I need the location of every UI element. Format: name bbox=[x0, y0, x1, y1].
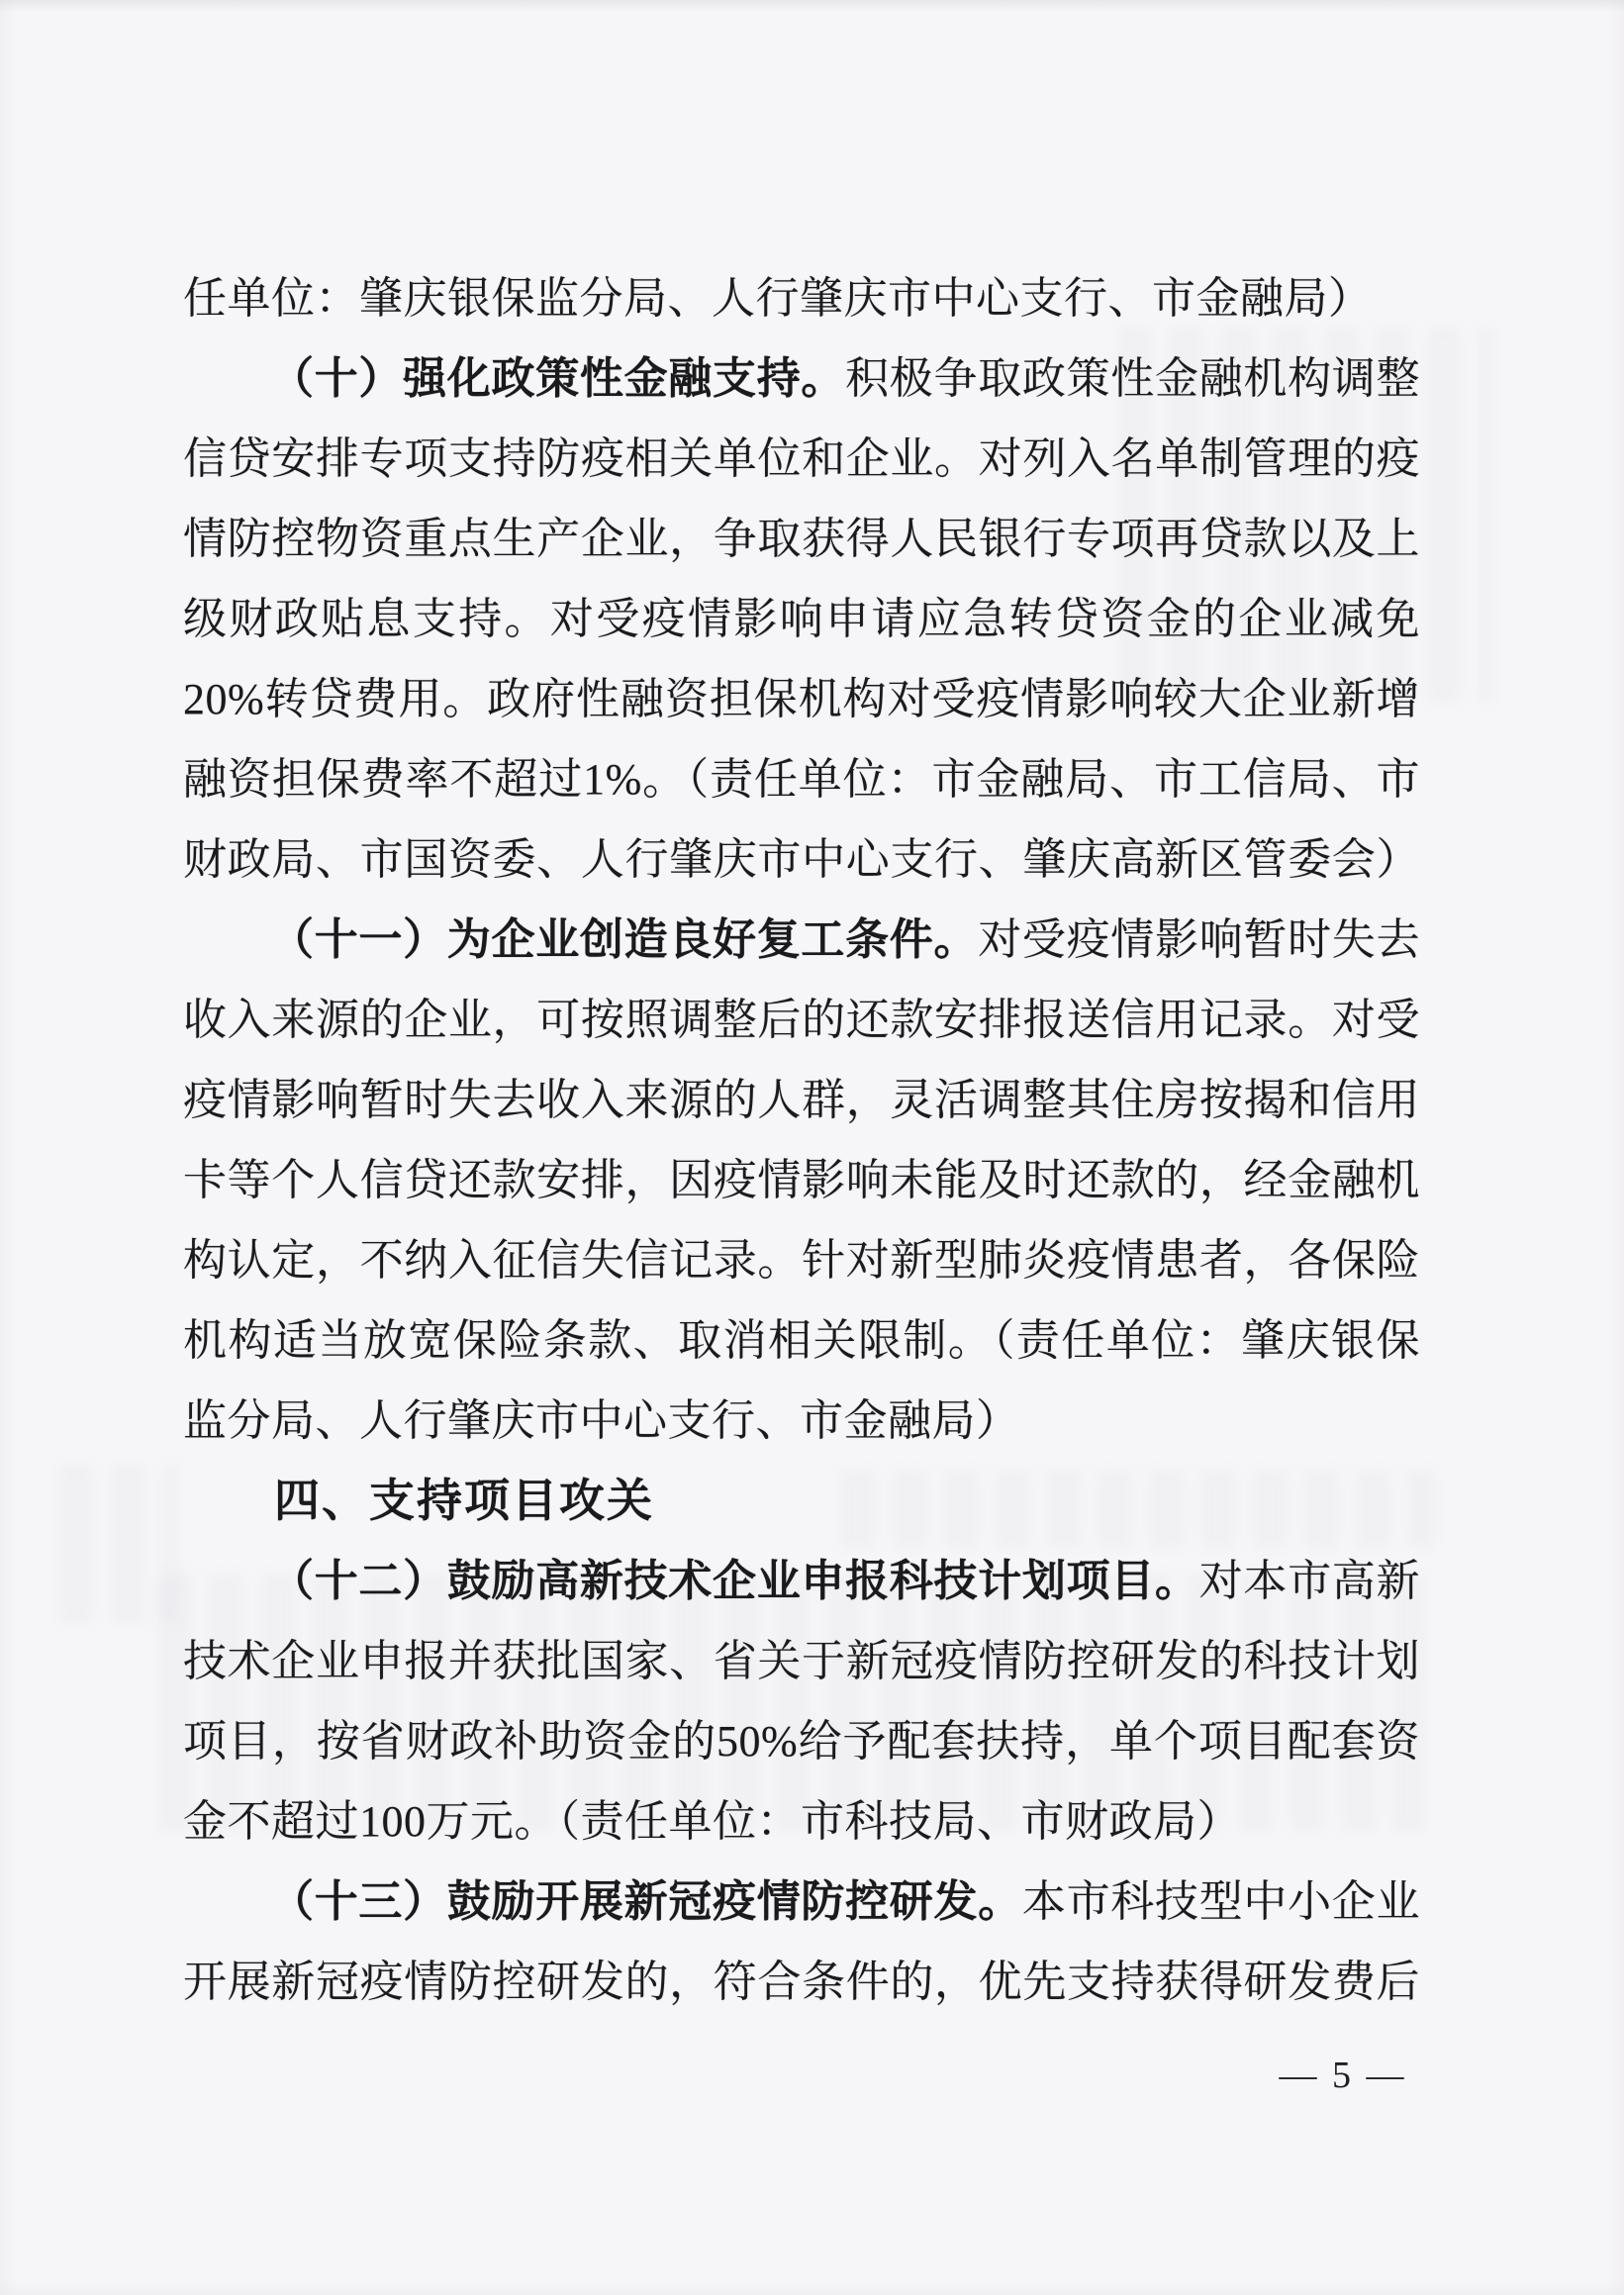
page-number: — 5 — bbox=[1259, 2051, 1427, 2100]
paragraph-line: 卡等个人信贷还款安排，因疫情影响未能及时还款的，经金融机 bbox=[183, 1140, 1420, 1220]
scanned-document-page: 任单位：肇庆银保监分局、人行肇庆市中心支行、市金融局） （十）强化政策性金融支持… bbox=[0, 0, 1624, 2295]
paragraph-text: 本市科技型中小企业 bbox=[1022, 1877, 1420, 1926]
paragraph-line: 疫情影响暂时失去收入来源的人群，灵活调整其住房按揭和信用 bbox=[183, 1060, 1420, 1140]
paragraph-line: 构认定，不纳入征信失信记录。针对新型肺炎疫情患者，各保险 bbox=[183, 1220, 1420, 1300]
paragraph-line: （十）强化政策性金融支持。积极争取政策性金融机构调整 bbox=[183, 338, 1420, 419]
paragraph-line: 金不超过100万元。（责任单位：市科技局、市财政局） bbox=[183, 1781, 1420, 1862]
paragraph-line: 情防控物资重点生产企业，争取获得人民银行专项再贷款以及上 bbox=[183, 499, 1420, 579]
paragraph-line: 开展新冠疫情防控研发的，符合条件的，优先支持获得研发费后 bbox=[183, 1942, 1420, 2022]
paragraph-lead: （十一）为企业创造良好复工条件。 bbox=[270, 915, 978, 964]
paragraph-text: 积极争取政策性金融机构调整 bbox=[845, 354, 1420, 403]
paragraph-line: 监分局、人行肇庆市中心支行、市金融局） bbox=[183, 1381, 1420, 1461]
paragraph-line: 融资担保费率不超过1%。（责任单位：市金融局、市工信局、市 bbox=[183, 739, 1420, 819]
paragraph-line: 级财政贴息支持。对受疫情影响申请应急转贷资金的企业减免 bbox=[183, 579, 1420, 659]
paragraph-line: 收入来源的企业，可按照调整后的还款安排报送信用记录。对受 bbox=[183, 980, 1420, 1060]
section-heading: 四、支持项目攻关 bbox=[183, 1461, 1420, 1541]
paragraph-line: 机构适当放宽保险条款、取消相关限制。（责任单位：肇庆银保 bbox=[183, 1300, 1420, 1381]
paragraph-line: 项目，按省财政补助资金的50%给予配套扶持，单个项目配套资 bbox=[183, 1701, 1420, 1781]
paragraph-line: 信贷安排专项支持防疫相关单位和企业。对列入名单制管理的疫 bbox=[183, 419, 1420, 499]
bleed-through-artifact bbox=[59, 1465, 178, 1623]
paragraph-line: 财政局、市国资委、人行肇庆市中心支行、肇庆高新区管委会） bbox=[183, 819, 1420, 900]
paragraph-line: （十三）鼓励开展新冠疫情防控研发。本市科技型中小企业 bbox=[183, 1862, 1420, 1942]
paragraph-text: 对本市高新 bbox=[1199, 1557, 1420, 1605]
paragraph-line: 技术企业申报并获批国家、省关于新冠疫情防控研发的科技计划 bbox=[183, 1621, 1420, 1701]
paragraph-line: （十二）鼓励高新技术企业申报科技计划项目。对本市高新 bbox=[183, 1541, 1420, 1621]
paragraph-lead: （十三）鼓励开展新冠疫情防控研发。 bbox=[270, 1877, 1022, 1926]
paragraph-line: 20%转贷费用。政府性融资担保机构对受疫情影响较大企业新增 bbox=[183, 659, 1420, 739]
document-body: 任单位：肇庆银保监分局、人行肇庆市中心支行、市金融局） （十）强化政策性金融支持… bbox=[183, 258, 1420, 2022]
paragraph-lead: （十二）鼓励高新技术企业申报科技计划项目。 bbox=[270, 1557, 1199, 1605]
paragraph-lead: （十）强化政策性金融支持。 bbox=[270, 354, 845, 403]
paragraph-line: （十一）为企业创造良好复工条件。对受疫情影响暂时失去 bbox=[183, 900, 1420, 980]
paragraph-line: 任单位：肇庆银保监分局、人行肇庆市中心支行、市金融局） bbox=[183, 258, 1420, 338]
paragraph-text: 对受疫情影响暂时失去 bbox=[978, 915, 1420, 964]
